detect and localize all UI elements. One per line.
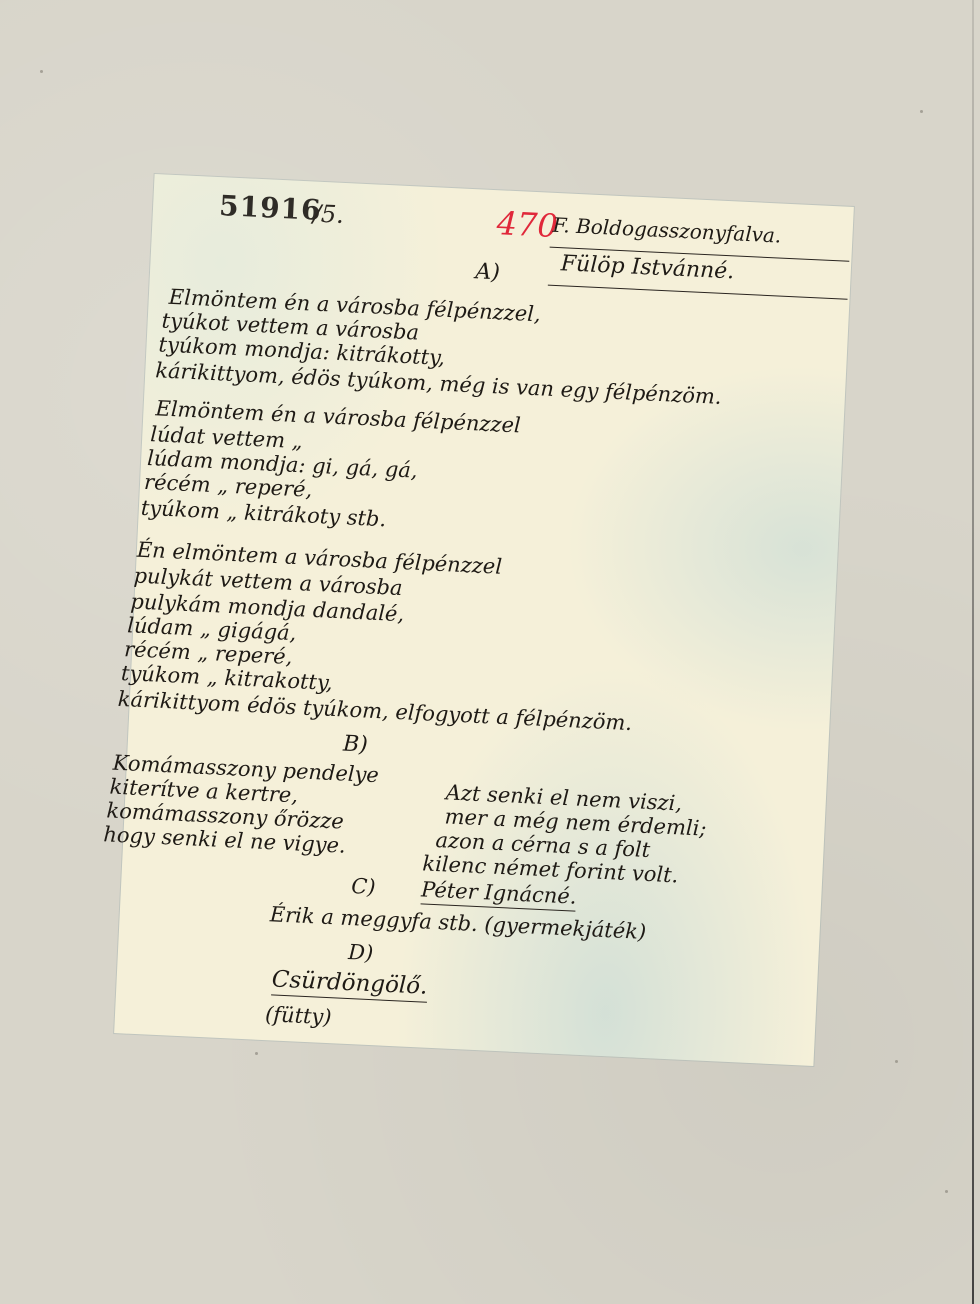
archive-number: 51916 (218, 189, 322, 227)
location: F. Boldogasszonyfalva. (552, 213, 782, 248)
speck (255, 1052, 258, 1055)
collector: Fülöp Istvánné. (560, 251, 735, 284)
speck (895, 1060, 898, 1063)
verse-line: tyúkom „ kitrákoty stb. (140, 496, 386, 532)
section-a-label: A) (475, 259, 501, 285)
section-c-collector: Péter Ignácné. (421, 877, 577, 908)
section-c-collector-name: Péter Ignácné. (421, 877, 577, 911)
verse-line: Érik a meggyfa stb. (gyermekjáték) (269, 902, 646, 944)
section-d-label: D) (348, 940, 374, 965)
section-d-title: Csürdöngölő. (271, 966, 428, 999)
red-catalog-number: 470 (496, 204, 559, 245)
section-b-label: B) (342, 732, 368, 758)
speck (40, 70, 43, 73)
speck (945, 1190, 948, 1193)
manuscript-sheet: 51916 /5. 470 F. Boldogasszonyfalva. Fül… (114, 174, 854, 1066)
collector-underline (548, 285, 848, 300)
section-d-title-text: Csürdöngölő. (271, 966, 428, 1002)
board-edge (972, 0, 974, 1304)
verse-line: (fütty) (265, 1002, 332, 1029)
speck (920, 110, 923, 113)
section-c-label: C) (351, 874, 376, 899)
verse-line: kárikittyom édös tyúkom, elfogyott a fél… (117, 687, 632, 735)
archive-suffix: /5. (312, 200, 344, 229)
